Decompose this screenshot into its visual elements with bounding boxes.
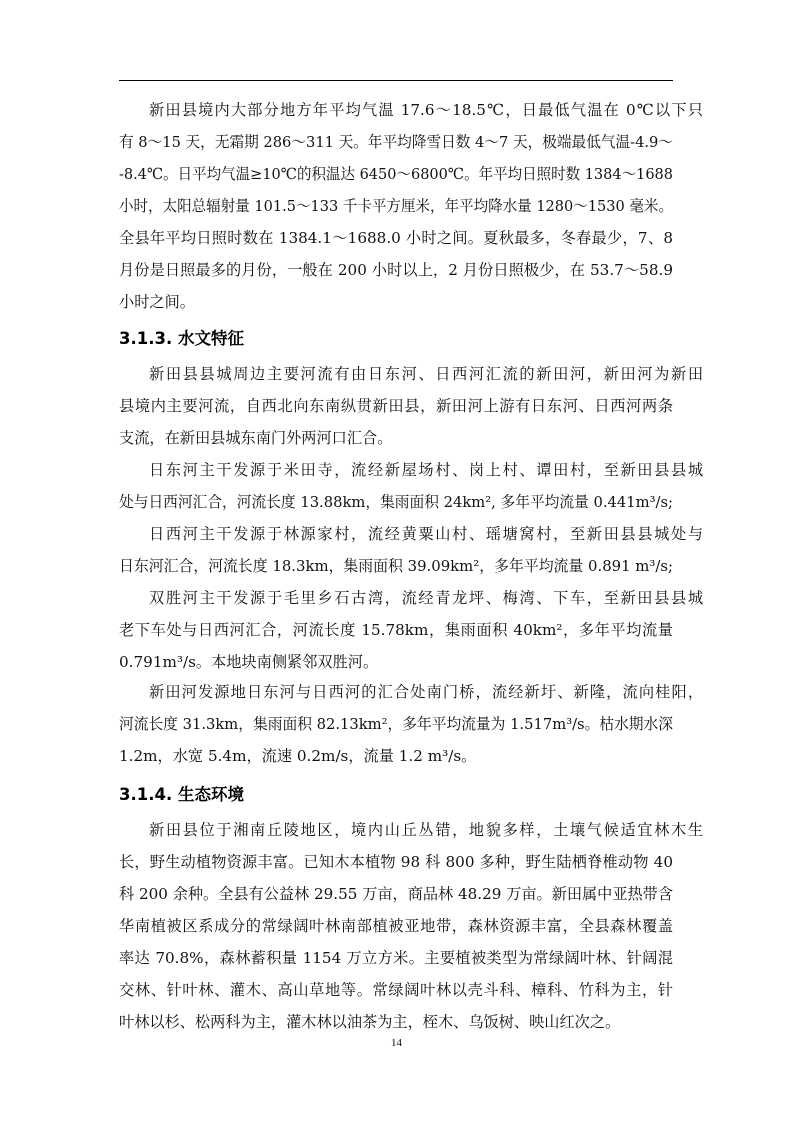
text-line: 叶林以杉、松两科为主，灌木林以油茶为主，桎木、乌饭树、映山红次之。 <box>119 1010 673 1034</box>
text-line: 率达 70.8%，森林蓄积量 1154 万立方米。主要植被类型为常绿阔叶林、针阔… <box>119 946 673 970</box>
text-line: 支流，在新田县城东南门外两河口汇合。 <box>119 426 673 450</box>
text-line: 华南植被区系成分的常绿阔叶林南部植被亚地带，森林资源丰富，全县森林覆盖 <box>119 914 673 938</box>
text-line: 小时，太阳总辐射量 101.5～133 千卡平方厘米，年平均降水量 1280～1… <box>119 194 673 218</box>
text-line: 长，野生动植物资源丰富。已知木本植物 98 科 800 多种，野生陆栖脊椎动物 … <box>119 850 673 874</box>
text-line: 新田河发源地日东河与日西河的汇合处南门桥，流经新圩、新隆，流向桂阳， <box>119 680 703 704</box>
text-line: 老下车处与日西河汇合，河流长度 15.78km，集雨面积 40km²，多年平均流… <box>119 618 673 642</box>
header-rule <box>119 80 673 81</box>
section-heading-hydrology: 3.1.3. 水文特征 <box>119 327 244 351</box>
text-line: 科 200 余种。全县有公益林 29.55 万亩，商品林 48.29 万亩。新田… <box>119 882 673 906</box>
text-line: 新田县县城周边主要河流有由日东河、日西河汇流的新田河，新田河为新田 <box>119 362 703 386</box>
text-line: 日东河主干发源于米田寺，流经新屋场村、岗上村、谭田村，至新田县县城 <box>119 458 703 482</box>
text-line: 日东河汇合，河流长度 18.3km，集雨面积 39.09km²，多年平均流量 0… <box>119 554 673 578</box>
section-heading-ecology: 3.1.4. 生态环境 <box>119 783 244 807</box>
text-line: 双胜河主干发源于毛里乡石古湾，流经青龙坪、梅湾、下车，至新田县县城 <box>119 586 703 610</box>
text-line: 日西河主干发源于林源家村，流经黄粟山村、瑶塘窝村，至新田县县城处与 <box>119 522 703 546</box>
text-line: 河流长度 31.3km，集雨面积 82.13km²，多年平均流量为 1.517m… <box>119 712 673 736</box>
text-line: 处与日西河汇合，河流长度 13.88km，集雨面积 24km², 多年平均流量 … <box>119 490 673 514</box>
text-line: 县境内主要河流，自西北向东南纵贯新田县，新田河上游有日东河、日西河两条 <box>119 394 673 418</box>
text-line: 全县年平均日照时数在 1384.1～1688.0 小时之间。夏秋最多，冬春最少，… <box>119 226 673 250</box>
text-line: 有 8～15 天，无霜期 286～311 天。年平均降雪日数 4～7 天，极端最… <box>119 130 673 154</box>
text-line: 小时之间。 <box>119 290 673 314</box>
page-number: 14 <box>0 1037 793 1049</box>
text-line: 0.791m³/s。本地块南侧紧邻双胜河。 <box>119 650 673 674</box>
text-line: -8.4℃。日平均气温≥10℃的积温达 6450～6800℃。年平均日照时数 1… <box>119 162 673 186</box>
text-line: 新田县境内大部分地方年平均气温 17.6～18.5℃，日最低气温在 0℃以下只 <box>119 98 703 122</box>
text-line: 1.2m，水宽 5.4m，流速 0.2m/s，流量 1.2 m³/s。 <box>119 744 673 768</box>
text-line: 月份是日照最多的月份，一般在 200 小时以上，2 月份日照极少，在 53.7～… <box>119 258 673 282</box>
text-line: 交林、针叶林、灌木、高山草地等。常绿阔叶林以壳斗科、樟科、竹科为主，针 <box>119 978 673 1002</box>
text-line: 新田县位于湘南丘陵地区，境内山丘丛错，地貌多样，土壤气候适宜林木生 <box>119 818 703 842</box>
